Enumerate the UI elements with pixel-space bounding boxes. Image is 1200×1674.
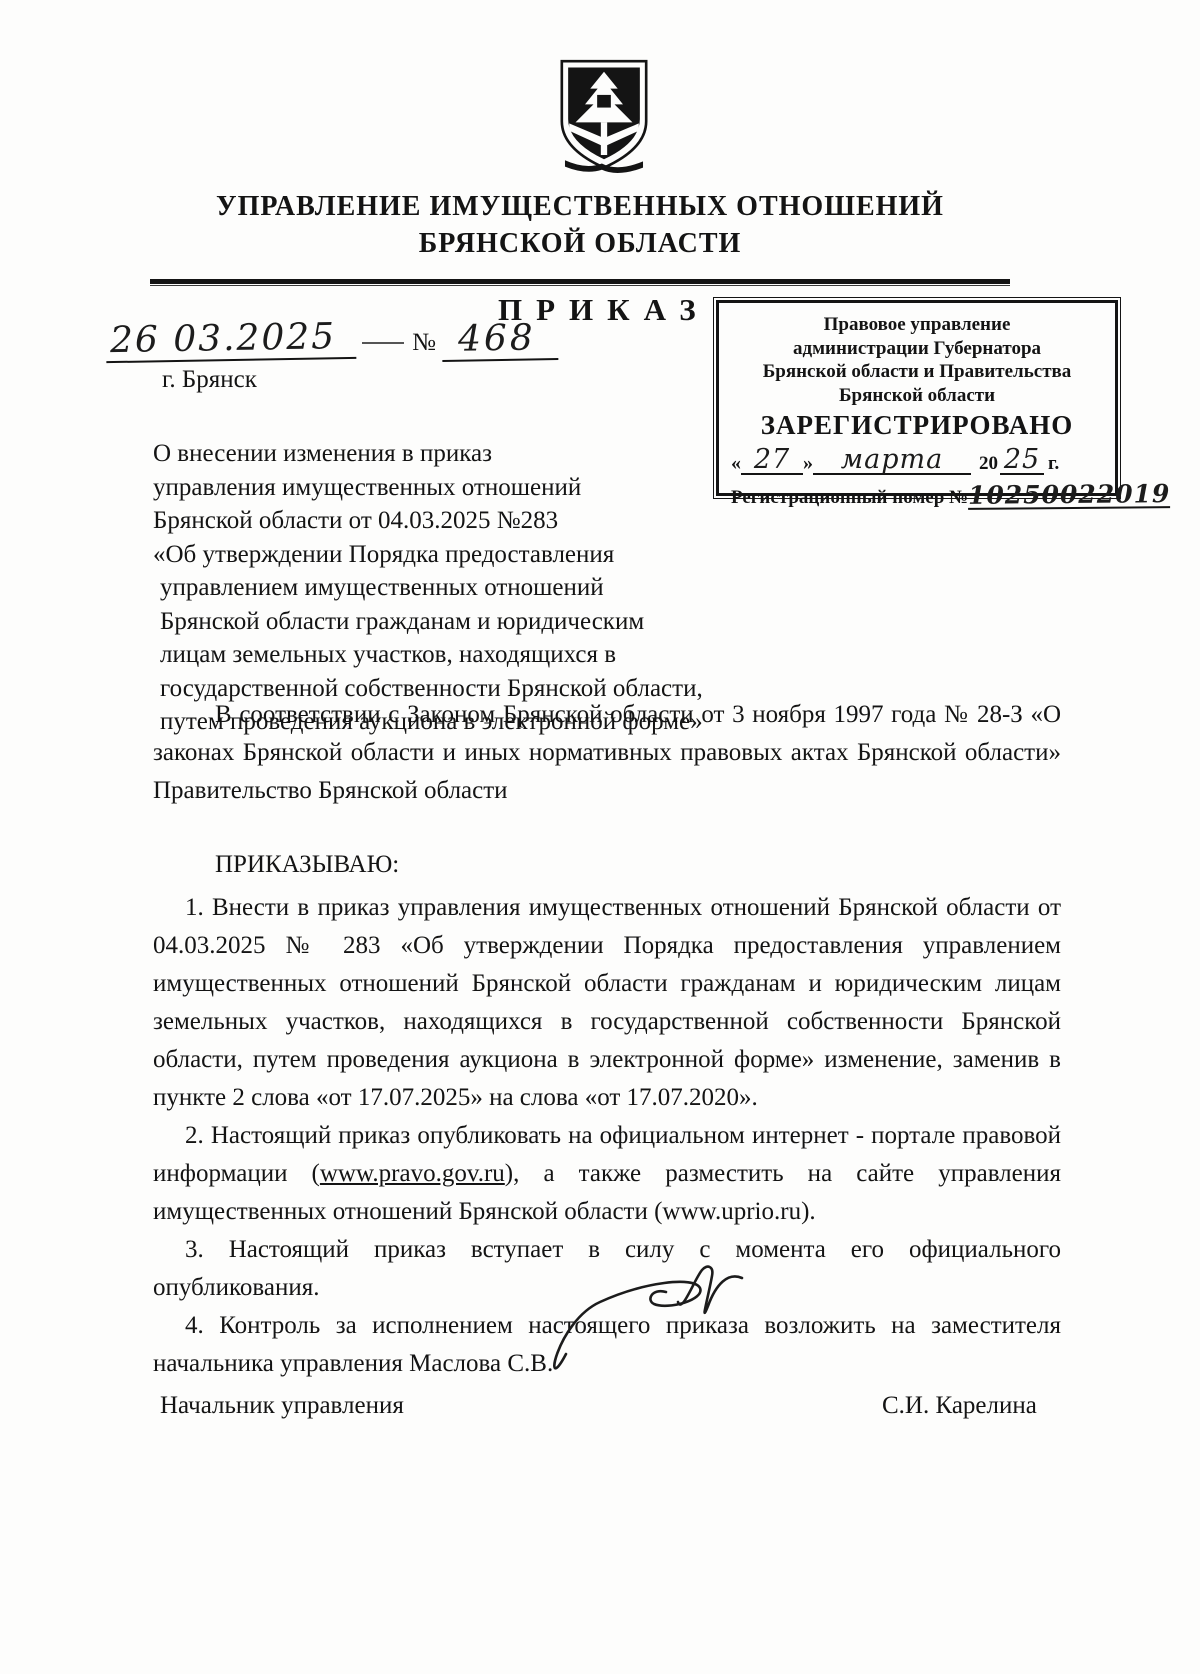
scanned-order-document: УПРАВЛЕНИЕ ИМУЩЕСТВЕННЫХ ОТНОШЕНИЙ БРЯНС… (0, 0, 1200, 1674)
subject-line: управления имущественных отношений (153, 471, 753, 505)
order-item-1: 1. Внести в приказ управления имуществен… (153, 889, 1061, 1117)
stamp-line1: Правовое управление (731, 313, 1103, 337)
city-label: г. Брянск (162, 366, 257, 394)
stamp-year-handwritten: 25 (1000, 447, 1044, 475)
pravo-gov-ru-link: www.pravo.gov.ru (320, 1160, 505, 1187)
stamp-line4: Брянской области (731, 384, 1103, 408)
organization-name: УПРАВЛЕНИЕ ИМУЩЕСТВЕННЫХ ОТНОШЕНИЙ БРЯНС… (150, 188, 1010, 262)
order-subject: О внесении изменения в приказ управления… (153, 437, 753, 739)
order-date-handwritten: 26 03.2025 (106, 316, 357, 363)
header-divider (150, 279, 1010, 284)
intro-paragraph: В соответствии с Законом Брянской област… (153, 696, 1061, 810)
subject-line: Брянской области от 04.03.2025 №283 (153, 504, 753, 538)
subject-line: О внесении изменения в приказ (153, 437, 753, 471)
coat-of-arms-svg (552, 58, 656, 174)
bryansk-coat-of-arms-icon (552, 58, 656, 174)
stamp-line2: администрации Губернатора (731, 337, 1103, 361)
subject-line: лицам земельных участков, находящихся в (153, 638, 753, 672)
order-item-2: 2. Настоящий приказ опубликовать на офиц… (153, 1117, 1061, 1231)
quote-close: » (803, 452, 813, 475)
registration-stamp: Правовое управление администрации Губерн… (716, 300, 1118, 496)
prikazyvayu-heading: ПРИКАЗЫВАЮ: (153, 851, 1061, 879)
stamp-year-prefix: 20 (979, 453, 998, 475)
signer-position-label: Начальник управления (160, 1392, 404, 1420)
stamp-line3: Брянской области и Правительства (731, 360, 1103, 384)
stamp-regnumber-handwritten: 10250022019 (968, 482, 1171, 510)
order-number-handwritten: 468 (442, 317, 558, 362)
subject-line: «Об утверждении Порядка предоставления (153, 538, 753, 572)
number-sign-label: № (412, 329, 436, 356)
stamp-month-handwritten: марта (813, 447, 971, 475)
signature-svg (548, 1262, 758, 1422)
signer-name: С.И. Карелина (882, 1392, 1037, 1420)
stamp-regnumber-line: Регистрационный номер № 10250022019 (731, 483, 1103, 509)
signature-scribble (548, 1262, 758, 1422)
subject-line: Брянской области гражданам и юридическим (153, 605, 753, 639)
subject-line: управлением имущественных отношений (153, 571, 753, 605)
stamp-regnumber-label: Регистрационный номер № (731, 487, 968, 509)
stamp-registered-label: ЗАРЕГИСТРИРОВАНО (731, 410, 1103, 441)
order-date-number-row: 26 03.2025№468 (106, 318, 558, 361)
stamp-date-line: « 27 » марта 20 25 г. (731, 447, 1103, 475)
org-name-line2: БРЯНСКОЙ ОБЛАСТИ (150, 225, 1010, 262)
org-name-line1: УПРАВЛЕНИЕ ИМУЩЕСТВЕННЫХ ОТНОШЕНИЙ (150, 188, 1010, 225)
date-fill-line (362, 342, 404, 344)
stamp-year-suffix: г. (1048, 453, 1059, 475)
